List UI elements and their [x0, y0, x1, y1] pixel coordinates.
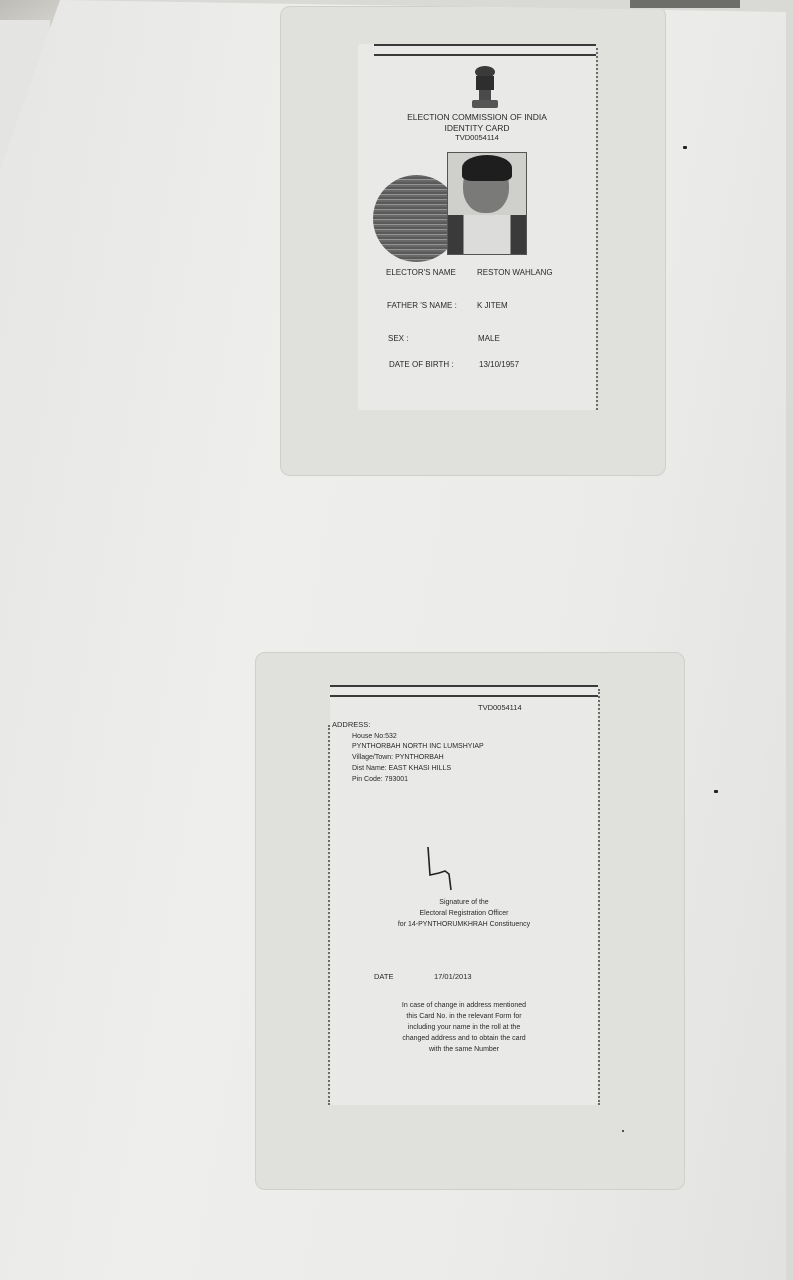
front-card: ELECTION COMMISSION OF INDIA IDENTITY CA…: [358, 44, 596, 410]
address-line: Pin Code: 793001: [352, 776, 408, 783]
paper-sheet: ELECTION COMMISSION OF INDIA IDENTITY CA…: [0, 0, 786, 1280]
field-label-elector-name: ELECTOR'S NAME: [386, 268, 456, 277]
issuing-authority: ELECTION COMMISSION OF INDIA: [358, 112, 596, 122]
signature-caption: Electoral Registration Officer: [330, 910, 598, 917]
signature-caption: Signature of the: [330, 899, 598, 906]
address-line: PYNTHORBAH NORTH INC LUMSHYIAP: [352, 743, 484, 750]
field-value-father-name: K JITEM: [477, 301, 508, 310]
field-label-father-name: FATHER 'S NAME :: [387, 301, 457, 310]
notice-line: In case of change in address mentioned: [330, 1002, 598, 1009]
background-object: [630, 0, 740, 8]
elector-photo: [447, 152, 527, 255]
paper-speck: [714, 790, 718, 793]
document-type: IDENTITY CARD: [358, 123, 596, 133]
address-line: House No:532: [352, 733, 397, 740]
address-line: Village/Town: PYNTHORBAH: [352, 754, 444, 761]
notice-line: changed address and to obtain the card: [330, 1035, 598, 1042]
paper-speck: [683, 146, 687, 149]
field-value-sex: MALE: [478, 334, 500, 343]
notice-line: including your name in the roll at the: [330, 1024, 598, 1031]
date-label: DATE: [374, 972, 393, 981]
notice-line: this Card No. in the relevant Form for: [330, 1013, 598, 1020]
address-line: Dist Name: EAST KHASI HILLS: [352, 765, 451, 772]
field-label-sex: SEX :: [388, 334, 408, 343]
card-number: TVD0054114: [358, 133, 596, 142]
card-edge-right: [598, 689, 600, 1105]
photo-hair: [462, 155, 512, 181]
signature-caption: for 14-PYNTHORUMKHRAH Constituency: [330, 921, 598, 928]
paper-speck: [622, 1130, 624, 1132]
card-number: TVD0054114: [478, 703, 522, 712]
card-edge: [596, 48, 598, 410]
photo-body: [448, 215, 526, 255]
address-heading: ADDRESS:: [332, 720, 370, 729]
header-rule: [330, 685, 598, 697]
header-rule: [374, 44, 596, 56]
officer-signature: [425, 845, 465, 895]
back-card: TVD0054114 ADDRESS: House No:532 PYNTHOR…: [330, 685, 598, 1105]
field-value-dob: 13/10/1957: [479, 360, 519, 369]
field-label-dob: DATE OF BIRTH :: [389, 360, 454, 369]
notice-line: with the same Number: [330, 1046, 598, 1053]
date-value: 17/01/2013: [434, 972, 472, 981]
national-emblem-icon: [470, 64, 500, 110]
field-value-elector-name: RESTON WAHLANG: [477, 268, 553, 277]
